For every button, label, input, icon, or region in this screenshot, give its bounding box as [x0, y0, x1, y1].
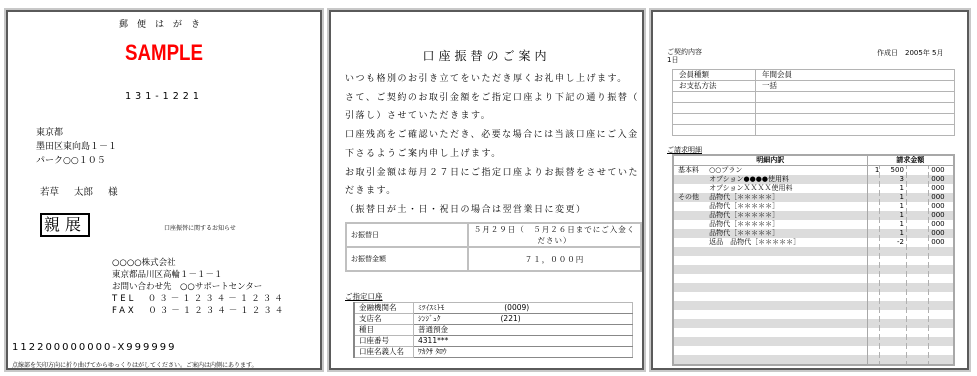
amount-millions [867, 301, 880, 310]
amount-thousands [880, 283, 907, 292]
contract-value [756, 92, 955, 103]
amount-millions [867, 346, 880, 355]
billing-category [673, 256, 709, 265]
billing-item [709, 292, 867, 301]
amount-thousands: 1 [880, 211, 907, 220]
amount-separator [906, 193, 928, 202]
recipient-honorific: 様 [108, 187, 118, 198]
amount-spacer: 000 [929, 229, 954, 238]
billing-item: ○○プラン [709, 166, 867, 176]
amount-millions [867, 211, 880, 220]
amount-separator [906, 220, 928, 229]
table-row: 品物代［＊＊＊＊＊］1000 [673, 220, 954, 229]
amount-millions [867, 319, 880, 328]
amount-separator [906, 319, 928, 328]
postcard-front-panel: 郵便はがき SAMPLE 131-1221 東京都 墨田区東向島１－１ パーク○… [6, 10, 322, 370]
amount-spacer [929, 283, 954, 292]
amount-millions [867, 292, 880, 301]
sender-fax: FAX ０３－１２３４－１２３４ [112, 305, 286, 317]
detail-header: 明細内訳 [673, 155, 867, 166]
amount-millions [867, 274, 880, 283]
amount-spacer: 000 [929, 211, 954, 220]
amount-spacer [929, 337, 954, 346]
table-row: 口座名義人名 ﾜｶｸｻ ﾀﾛｳ [354, 347, 633, 358]
amount-spacer: 000 [929, 193, 954, 202]
guide-line: 引落し）させていただきます。 [345, 107, 639, 126]
amount-separator [906, 184, 928, 193]
billing-category [673, 292, 709, 301]
sender-address: 東京都品川区高輪１－１－１ [112, 269, 286, 281]
notice-title: 口座振替に関するお知らせ [164, 223, 236, 232]
created-date: 作成日 2005年 5月 [877, 48, 944, 58]
table-row: お支払方法一括 [673, 81, 955, 92]
amount-thousands [880, 319, 907, 328]
table-row [673, 103, 955, 114]
billing-rows: 基本料○○プラン1500000オプション●●●●使用料3000オプションＸＸＸＸ… [673, 166, 954, 366]
billing-category [673, 202, 709, 211]
contract-label [673, 92, 756, 103]
address-line: 墨田区東向島１－１ [36, 140, 117, 154]
billing-category [673, 175, 709, 184]
guide-line: いつも格別のお引き立てをいただき厚くお礼申し上げます。 [345, 70, 639, 89]
billing-category [673, 274, 709, 283]
branch-name-label: 支店名 [354, 314, 414, 325]
guide-line: だきます。 [345, 182, 639, 201]
amount-thousands [880, 346, 907, 355]
table-row [673, 346, 954, 355]
address-line: パーク○○１０５ [36, 154, 117, 168]
amount-spacer [929, 292, 954, 301]
barcode-number: 112200000000-X999999 [12, 342, 176, 353]
amount-separator [906, 283, 928, 292]
billing-item [709, 283, 867, 292]
table-row [673, 319, 954, 328]
account-holder-label: 口座名義人名 [354, 347, 414, 358]
table-row: 支店名 ｼﾝｼﾞｭｸ(221) [354, 314, 633, 325]
address-line: 東京都 [36, 126, 117, 140]
contract-label: 会員種類 [673, 70, 756, 81]
contract-caption: ご契約内容 1日 [667, 48, 702, 64]
amount-spacer [929, 265, 954, 274]
table-row [673, 125, 955, 136]
amount-millions [867, 184, 880, 193]
table-row [673, 274, 954, 283]
table-row: オプションＸＸＸＸ使用料1000 [673, 184, 954, 193]
amount-thousands [880, 355, 907, 365]
billing-category [673, 211, 709, 220]
branch-name-value: ｼﾝｼﾞｭｸ(221) [414, 314, 633, 325]
payment-table: お振替日 ５月２９日（ ５月２６日までにご入金ください） お振替金額 ７１，００… [345, 222, 642, 272]
billing-item [709, 355, 867, 365]
billing-item [709, 274, 867, 283]
amount-separator [906, 355, 928, 365]
billing-category [673, 346, 709, 355]
amount-separator [906, 175, 928, 184]
amount-millions [867, 283, 880, 292]
branch-name: ｼﾝｼﾞｭｸ [418, 314, 441, 323]
billing-item [709, 346, 867, 355]
amount-spacer [929, 355, 954, 365]
amount-thousands: 1 [880, 229, 907, 238]
billing-header-row: 明細内訳 請求金額 [673, 155, 954, 166]
table-row: 金融機関名 ﾐﾂｲｽﾐﾄﾓ(0009) [354, 303, 633, 314]
guide-line: 下さるようご案内申し上げます。 [345, 145, 639, 164]
sender-contact: お問い合わせ先 ○○サポートセンター [112, 281, 286, 293]
billing-category [673, 301, 709, 310]
table-row [673, 92, 955, 103]
amount-separator [906, 265, 928, 274]
table-row [673, 114, 955, 125]
amount-millions [867, 310, 880, 319]
amount-separator [906, 247, 928, 256]
billing-category [673, 220, 709, 229]
transfer-guide-panel: 口座振替のご案内 いつも格別のお引き立てをいただき厚くお礼申し上げます。 さて、… [329, 10, 644, 370]
guide-title: 口座振替のご案内 [331, 47, 642, 64]
table-row [673, 265, 954, 274]
amount-separator [906, 310, 928, 319]
amount-thousands [880, 310, 907, 319]
amount-spacer [929, 256, 954, 265]
amount-spacer: 000 [929, 184, 954, 193]
table-row [673, 301, 954, 310]
amount-spacer [929, 247, 954, 256]
table-row: 口座番号 4311*** [354, 336, 633, 347]
account-holder-value: ﾜｶｸｻ ﾀﾛｳ [414, 347, 633, 358]
sample-watermark: SAMPLE [31, 40, 296, 66]
sender-block: ○○○○株式会社 東京都品川区高輪１－１－１ お問い合わせ先 ○○サポートセンタ… [112, 257, 286, 317]
table-row [673, 310, 954, 319]
amount-spacer [929, 310, 954, 319]
amount-thousands [880, 292, 907, 301]
amount-separator [906, 301, 928, 310]
postcard-header: 郵便はがき [8, 17, 320, 30]
billing-item [709, 310, 867, 319]
table-row: お振替日 ５月２９日（ ５月２６日までにご入金ください） [346, 223, 641, 247]
amount-millions [867, 238, 880, 247]
contract-label: お支払方法 [673, 81, 756, 92]
contract-label [673, 114, 756, 125]
amount-thousands [880, 274, 907, 283]
peel-instructions: 点線部を矢印方向に折り曲げてからゆっくりはがしてください。ご案内は内側にあります… [12, 360, 257, 369]
billing-item [709, 301, 867, 310]
table-row: 品物代［＊＊＊＊＊］1000 [673, 202, 954, 211]
amount-separator [906, 274, 928, 283]
amount-millions [867, 229, 880, 238]
contract-value [756, 125, 955, 136]
contract-value [756, 103, 955, 114]
amount-thousands [880, 265, 907, 274]
account-number-value: 4311*** [414, 336, 633, 347]
billing-statement-panel: ご契約内容 1日 作成日 2005年 5月 会員種類年間会員 お支払方法一括 ご… [651, 10, 969, 370]
amount-separator [906, 211, 928, 220]
contract-caption-overflow: 1日 [667, 56, 702, 64]
table-row [673, 328, 954, 337]
amount-separator [906, 202, 928, 211]
billing-item [709, 247, 867, 256]
amount-millions: 1 [867, 166, 880, 176]
billing-table: 明細内訳 請求金額 基本料○○プラン1500000オプション●●●●使用料300… [672, 154, 955, 366]
billing-category: 基本料 [673, 166, 709, 176]
billing-item: オプションＸＸＸＸ使用料 [709, 184, 867, 193]
bank-name: ﾐﾂｲｽﾐﾄﾓ [418, 303, 444, 312]
billing-category [673, 319, 709, 328]
billing-item: 品物代［＊＊＊＊＊］ [709, 202, 867, 211]
billing-item [709, 337, 867, 346]
transfer-date-label: お振替日 [346, 223, 468, 247]
table-row [673, 247, 954, 256]
billing-category [673, 337, 709, 346]
contract-value: 一括 [756, 81, 955, 92]
table-row: 会員種類年間会員 [673, 70, 955, 81]
amount-millions [867, 337, 880, 346]
amount-millions [867, 202, 880, 211]
contract-label [673, 103, 756, 114]
billing-item [709, 256, 867, 265]
amount-separator [906, 292, 928, 301]
amount-thousands [880, 337, 907, 346]
table-row [673, 292, 954, 301]
billing-category [673, 328, 709, 337]
amount-thousands [880, 256, 907, 265]
amount-thousands: -2 [880, 238, 907, 247]
confidential-stamp: 親展 [40, 213, 90, 237]
amount-spacer: 000 [929, 220, 954, 229]
billing-item: 品物代［＊＊＊＊＊］ [709, 220, 867, 229]
billing-category [673, 310, 709, 319]
account-number-label: 口座番号 [354, 336, 414, 347]
amount-spacer [929, 346, 954, 355]
billing-item [709, 265, 867, 274]
guide-line: さて、ご契約のお取引金額をご指定口座より下記の通り振替（ [345, 89, 639, 108]
guide-line: 口座残高をご確認いただき、必要な場合には当該口座にご入金 [345, 126, 639, 145]
amount-separator [906, 328, 928, 337]
account-type-label: 種目 [354, 325, 414, 336]
recipient-surname: 若草 [40, 187, 59, 198]
table-row: 返品 品物代［＊＊＊＊＊］-2000 [673, 238, 954, 247]
table-row [673, 337, 954, 346]
transfer-amount-label: お振替金額 [346, 247, 468, 271]
account-type-value: 普通預金 [414, 325, 633, 336]
amount-millions [867, 355, 880, 365]
billing-category [673, 238, 709, 247]
amount-thousands: 500 [880, 166, 907, 176]
amount-thousands: 1 [880, 220, 907, 229]
table-row: オプション●●●●使用料3000 [673, 175, 954, 184]
account-caption: ご指定口座 [345, 291, 383, 302]
amount-thousands [880, 301, 907, 310]
table-row [673, 355, 954, 365]
table-row: 品物代［＊＊＊＊＊］1000 [673, 211, 954, 220]
transfer-amount-value: ７１，０００円 [468, 247, 641, 271]
amount-separator [906, 346, 928, 355]
billing-item: 返品 品物代［＊＊＊＊＊］ [709, 238, 867, 247]
recipient-given-name: 太郎 [74, 187, 93, 198]
table-row [673, 283, 954, 292]
bank-name-value: ﾐﾂｲｽﾐﾄﾓ(0009) [414, 303, 633, 314]
amount-millions [867, 175, 880, 184]
table-row [673, 256, 954, 265]
contract-value [756, 114, 955, 125]
table-row: 基本料○○プラン1500000 [673, 166, 954, 176]
amount-spacer: 000 [929, 175, 954, 184]
amount-thousands: 1 [880, 202, 907, 211]
billing-category: その他 [673, 193, 709, 202]
amount-spacer: 000 [929, 238, 954, 247]
table-row: 品物代［＊＊＊＊＊］1000 [673, 229, 954, 238]
billing-category [673, 229, 709, 238]
amount-separator [906, 337, 928, 346]
billing-category [673, 184, 709, 193]
table-row: 種目 普通預金 [354, 325, 633, 336]
amount-millions [867, 193, 880, 202]
recipient-name: 若草 太郎 様 [40, 184, 130, 198]
amount-spacer: 000 [929, 166, 954, 176]
contract-value: 年間会員 [756, 70, 955, 81]
postal-code: 131-1221 [8, 91, 320, 102]
amount-millions [867, 256, 880, 265]
amount-thousands: 1 [880, 193, 907, 202]
table-row: お振替金額 ７１，０００円 [346, 247, 641, 271]
amount-separator [906, 238, 928, 247]
billing-item: 品物代［＊＊＊＊＊］ [709, 193, 867, 202]
amount-thousands [880, 247, 907, 256]
billing-category [673, 265, 709, 274]
billing-item [709, 328, 867, 337]
amount-separator [906, 229, 928, 238]
guide-body: いつも格別のお引き立てをいただき厚くお礼申し上げます。 さて、ご契約のお取引金額… [345, 70, 639, 220]
table-row: その他品物代［＊＊＊＊＊］1000 [673, 193, 954, 202]
recipient-address: 東京都 墨田区東向島１－１ パーク○○１０５ [36, 126, 117, 168]
amount-spacer [929, 319, 954, 328]
billing-category [673, 283, 709, 292]
bank-code: (0009) [504, 303, 529, 313]
contract-caption-text: ご契約内容 [667, 48, 702, 56]
sender-company: ○○○○株式会社 [112, 257, 286, 269]
guide-line: （振替日が土・日・祝日の場合は翌営業日に変更） [345, 201, 639, 220]
amount-spacer: 000 [929, 202, 954, 211]
amount-header: 請求金額 [867, 155, 954, 166]
branch-code: (221) [501, 314, 521, 324]
amount-thousands: 1 [880, 184, 907, 193]
transfer-date-value: ５月２９日（ ５月２６日までにご入金ください） [468, 223, 641, 247]
amount-millions [867, 265, 880, 274]
account-table: 金融機関名 ﾐﾂｲｽﾐﾄﾓ(0009) 支店名 ｼﾝｼﾞｭｸ(221) 種目 普… [353, 302, 633, 358]
contract-label [673, 125, 756, 136]
guide-line: お取引金額は毎月２７日にご指定口座よりお振替をさせていた [345, 164, 639, 183]
billing-item: オプション●●●●使用料 [709, 175, 867, 184]
billing-item: 品物代［＊＊＊＊＊］ [709, 229, 867, 238]
amount-spacer [929, 274, 954, 283]
amount-separator [906, 166, 928, 176]
amount-spacer [929, 328, 954, 337]
amount-millions [867, 247, 880, 256]
amount-spacer [929, 301, 954, 310]
billing-category [673, 247, 709, 256]
billing-item: 品物代［＊＊＊＊＊］ [709, 211, 867, 220]
amount-millions [867, 328, 880, 337]
billing-item [709, 319, 867, 328]
sender-tel: TEL ０３－１２３４－１２３４ [112, 293, 286, 305]
amount-thousands: 3 [880, 175, 907, 184]
billing-category [673, 355, 709, 365]
contract-table: 会員種類年間会員 お支払方法一括 [672, 69, 955, 136]
amount-separator [906, 256, 928, 265]
amount-millions [867, 220, 880, 229]
amount-thousands [880, 328, 907, 337]
bank-name-label: 金融機関名 [354, 303, 414, 314]
